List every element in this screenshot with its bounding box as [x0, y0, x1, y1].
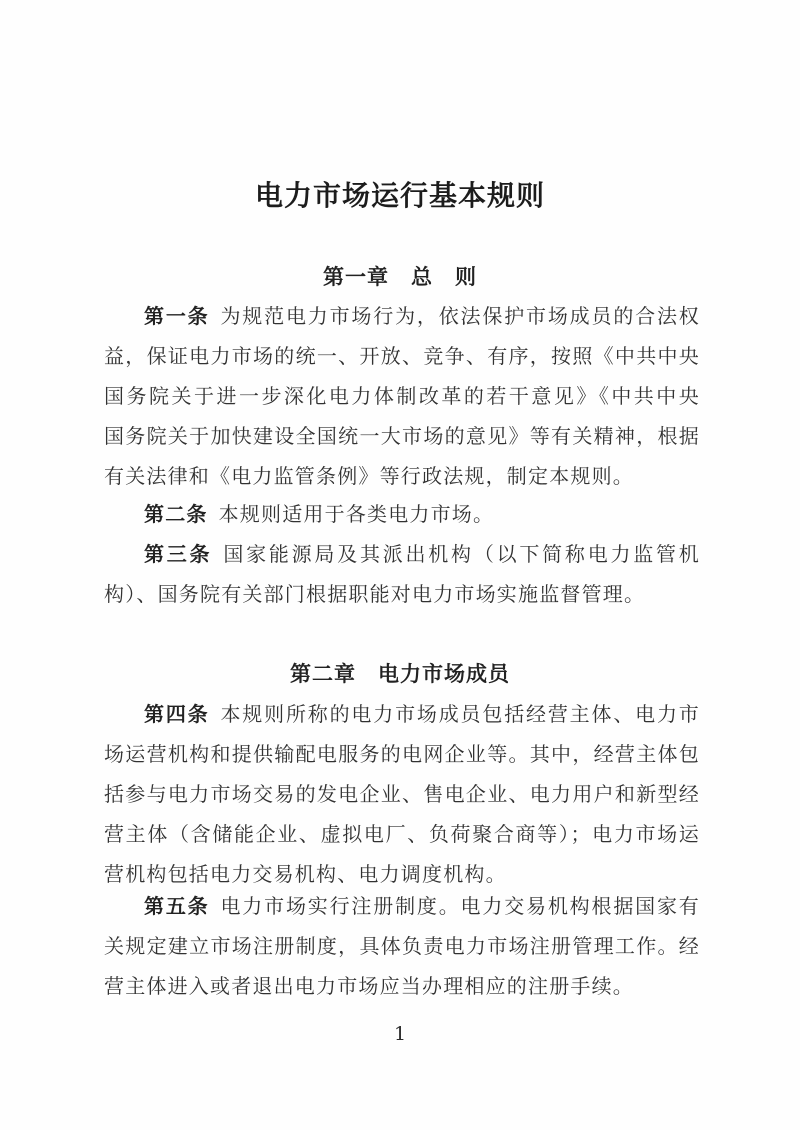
article-4-label: 第四条 — [144, 702, 209, 726]
article-2-paragraph: 第二条本规则适用于各类电力市场。 — [104, 494, 700, 534]
article-1-label: 第一条 — [144, 304, 209, 328]
article-4-text: 本规则所称的电力市场成员包括经营主体、电力市场运营机构和提供输配电服务的电网企业… — [104, 702, 700, 886]
article-3-paragraph: 第三条国家能源局及其派出机构（以下简称电力监管机构）、国务院有关部门根据职能对电… — [104, 534, 700, 614]
article-1-text: 为规范电力市场行为，依法保护市场成员的合法权益，保证电力市场的统一、开放、竞争、… — [104, 304, 721, 488]
article-5-label: 第五条 — [144, 894, 209, 918]
article-2-text: 本规则适用于各类电力市场。 — [219, 502, 495, 526]
document-page: 电力市场运行基本规则 第一章 总 则 第一条为规范电力市场行为，依法保护市场成员… — [0, 0, 800, 1130]
page-number: 1 — [0, 1023, 800, 1045]
document-title: 电力市场运行基本规则 — [0, 174, 800, 214]
article-4-paragraph: 第四条本规则所称的电力市场成员包括经营主体、电力市场运营机构和提供输配电服务的电… — [104, 694, 700, 894]
chapter-1-heading: 第一章 总 则 — [0, 261, 800, 291]
article-5-paragraph: 第五条电力市场实行注册制度。电力交易机构根据国家有关规定建立市场注册制度，具体负… — [104, 886, 700, 1006]
chapter-2-heading: 第二章 电力市场成员 — [0, 658, 800, 688]
article-1-paragraph: 第一条为规范电力市场行为，依法保护市场成员的合法权益，保证电力市场的统一、开放、… — [104, 296, 700, 496]
article-2-label: 第二条 — [144, 502, 208, 526]
article-3-label: 第三条 — [144, 542, 212, 566]
